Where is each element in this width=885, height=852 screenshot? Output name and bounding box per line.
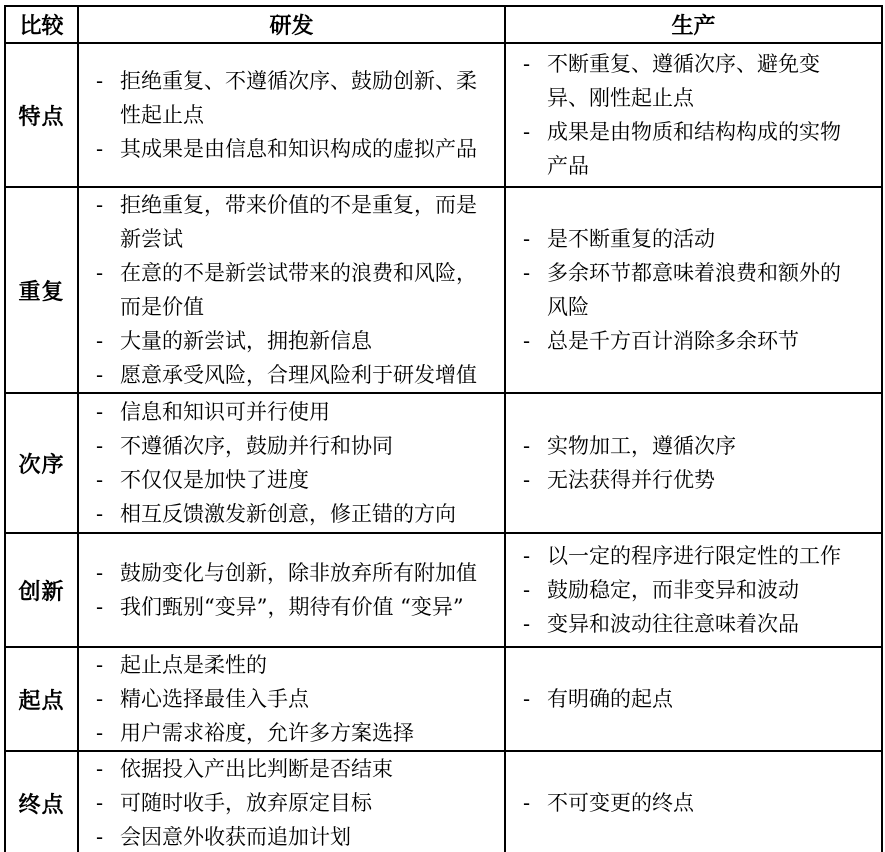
table-row-end-point: 终点 依据投入产出比判断是否结束 可随时收手，放弃原定目标 会因意外收获而追加计… bbox=[5, 751, 882, 852]
bullet-item: 起止点是柔性的 bbox=[79, 648, 494, 682]
bullet-item: 变异和波动往往意味着次品 bbox=[506, 607, 856, 641]
bullet-item: 会因意外收获而追加计划 bbox=[79, 820, 494, 852]
bullet-list: 信息和知识可并行使用 不遵循次序，鼓励并行和协同 不仅仅是加快了进度 相互反馈激… bbox=[79, 395, 494, 531]
bullet-item: 用户需求裕度，允许多方案选择 bbox=[79, 716, 494, 750]
table-row-start-point: 起点 起止点是柔性的 精心选择最佳入手点 用户需求裕度，允许多方案选择 有明确的… bbox=[5, 647, 882, 751]
table-row-repetition: 重复 拒绝重复，带来价值的不是重复，而是新尝试 在意的不是新尝试带来的浪费和风险… bbox=[5, 187, 882, 393]
bullet-item: 鼓励变化与创新，除非放弃所有附加值 bbox=[79, 556, 494, 590]
bullet-item: 不仅仅是加快了进度 bbox=[79, 463, 494, 497]
table-row-innovation: 创新 鼓励变化与创新，除非放弃所有附加值 我们甄别“变异”，期待有价值 “变异”… bbox=[5, 533, 882, 647]
bullet-item: 精心选择最佳入手点 bbox=[79, 682, 494, 716]
table-header-row: 比较 研发 生产 bbox=[5, 6, 882, 43]
bullet-item: 实物加工，遵循次序 bbox=[506, 429, 856, 463]
bullet-list: 拒绝重复，带来价值的不是重复，而是新尝试 在意的不是新尝试带来的浪费和风险，而是… bbox=[79, 188, 494, 392]
row-label-end-point: 终点 bbox=[5, 751, 78, 852]
cell-production-end-point: 不可变更的终点 bbox=[505, 751, 882, 852]
cell-production-repetition: 是不断重复的活动 多余环节都意味着浪费和额外的风险 总是千方百计消除多余环节 bbox=[505, 187, 882, 393]
bullet-item: 在意的不是新尝试带来的浪费和风险，而是价值 bbox=[79, 256, 494, 324]
bullet-item: 总是千方百计消除多余环节 bbox=[506, 324, 856, 358]
cell-rnd-innovation: 鼓励变化与创新，除非放弃所有附加值 我们甄别“变异”，期待有价值 “变异” bbox=[78, 533, 505, 647]
bullet-item: 信息和知识可并行使用 bbox=[79, 395, 494, 429]
bullet-item: 拒绝重复，带来价值的不是重复，而是新尝试 bbox=[79, 188, 494, 256]
row-label-sequence: 次序 bbox=[5, 393, 78, 533]
bullet-item: 不可变更的终点 bbox=[506, 786, 856, 820]
bullet-list: 鼓励变化与创新，除非放弃所有附加值 我们甄别“变异”，期待有价值 “变异” bbox=[79, 556, 494, 624]
bullet-item: 依据投入产出比判断是否结束 bbox=[79, 752, 494, 786]
bullet-list: 有明确的起点 bbox=[506, 682, 856, 716]
row-label-characteristics: 特点 bbox=[5, 43, 78, 187]
row-label-repetition: 重复 bbox=[5, 187, 78, 393]
bullet-list: 不可变更的终点 bbox=[506, 786, 856, 820]
bullet-list: 以一定的程序进行限定性的工作 鼓励稳定，而非变异和波动 变异和波动往往意味着次品 bbox=[506, 539, 856, 641]
bullet-item: 不遵循次序，鼓励并行和协同 bbox=[79, 429, 494, 463]
bullet-item: 有明确的起点 bbox=[506, 682, 856, 716]
cell-rnd-repetition: 拒绝重复，带来价值的不是重复，而是新尝试 在意的不是新尝试带来的浪费和风险，而是… bbox=[78, 187, 505, 393]
bullet-list: 起止点是柔性的 精心选择最佳入手点 用户需求裕度，允许多方案选择 bbox=[79, 648, 494, 750]
header-cell-rnd: 研发 bbox=[78, 6, 505, 43]
table-row-sequence: 次序 信息和知识可并行使用 不遵循次序，鼓励并行和协同 不仅仅是加快了进度 相互… bbox=[5, 393, 882, 533]
header-cell-compare: 比较 bbox=[5, 6, 78, 43]
cell-rnd-start-point: 起止点是柔性的 精心选择最佳入手点 用户需求裕度，允许多方案选择 bbox=[78, 647, 505, 751]
bullet-list: 拒绝重复、不遵循次序、鼓励创新、柔性起止点 其成果是由信息和知识构成的虚拟产品 bbox=[79, 64, 494, 166]
comparison-table: 比较 研发 生产 特点 拒绝重复、不遵循次序、鼓励创新、柔性起止点 其成果是由信… bbox=[4, 5, 883, 852]
cell-production-start-point: 有明确的起点 bbox=[505, 647, 882, 751]
bullet-item: 多余环节都意味着浪费和额外的风险 bbox=[506, 256, 856, 324]
bullet-item: 大量的新尝试，拥抱新信息 bbox=[79, 324, 494, 358]
bullet-item: 以一定的程序进行限定性的工作 bbox=[506, 539, 856, 573]
bullet-item: 愿意承受风险，合理风险利于研发增值 bbox=[79, 358, 494, 392]
cell-production-sequence: 实物加工，遵循次序 无法获得并行优势 bbox=[505, 393, 882, 533]
bullet-item: 是不断重复的活动 bbox=[506, 222, 856, 256]
bullet-item: 拒绝重复、不遵循次序、鼓励创新、柔性起止点 bbox=[79, 64, 494, 132]
cell-production-characteristics: 不断重复、遵循次序、避免变异、刚性起止点 成果是由物质和结构构成的实物产品 bbox=[505, 43, 882, 187]
bullet-list: 不断重复、遵循次序、避免变异、刚性起止点 成果是由物质和结构构成的实物产品 bbox=[506, 47, 856, 183]
bullet-list: 是不断重复的活动 多余环节都意味着浪费和额外的风险 总是千方百计消除多余环节 bbox=[506, 222, 856, 358]
table-row-characteristics: 特点 拒绝重复、不遵循次序、鼓励创新、柔性起止点 其成果是由信息和知识构成的虚拟… bbox=[5, 43, 882, 187]
bullet-list: 依据投入产出比判断是否结束 可随时收手，放弃原定目标 会因意外收获而追加计划 bbox=[79, 752, 494, 852]
bullet-item: 鼓励稳定，而非变异和波动 bbox=[506, 573, 856, 607]
bullet-list: 实物加工，遵循次序 无法获得并行优势 bbox=[506, 429, 856, 497]
bullet-item: 不断重复、遵循次序、避免变异、刚性起止点 bbox=[506, 47, 856, 115]
header-cell-production: 生产 bbox=[505, 6, 882, 43]
row-label-start-point: 起点 bbox=[5, 647, 78, 751]
bullet-item: 相互反馈激发新创意，修正错的方向 bbox=[79, 497, 494, 531]
cell-production-innovation: 以一定的程序进行限定性的工作 鼓励稳定，而非变异和波动 变异和波动往往意味着次品 bbox=[505, 533, 882, 647]
document-page: 比较 研发 生产 特点 拒绝重复、不遵循次序、鼓励创新、柔性起止点 其成果是由信… bbox=[0, 0, 885, 852]
cell-rnd-characteristics: 拒绝重复、不遵循次序、鼓励创新、柔性起止点 其成果是由信息和知识构成的虚拟产品 bbox=[78, 43, 505, 187]
bullet-item: 成果是由物质和结构构成的实物产品 bbox=[506, 115, 856, 183]
cell-rnd-sequence: 信息和知识可并行使用 不遵循次序，鼓励并行和协同 不仅仅是加快了进度 相互反馈激… bbox=[78, 393, 505, 533]
row-label-innovation: 创新 bbox=[5, 533, 78, 647]
cell-rnd-end-point: 依据投入产出比判断是否结束 可随时收手，放弃原定目标 会因意外收获而追加计划 bbox=[78, 751, 505, 852]
bullet-item: 可随时收手，放弃原定目标 bbox=[79, 786, 494, 820]
bullet-item: 其成果是由信息和知识构成的虚拟产品 bbox=[79, 132, 494, 166]
bullet-item: 我们甄别“变异”，期待有价值 “变异” bbox=[79, 590, 494, 624]
bullet-item: 无法获得并行优势 bbox=[506, 463, 856, 497]
